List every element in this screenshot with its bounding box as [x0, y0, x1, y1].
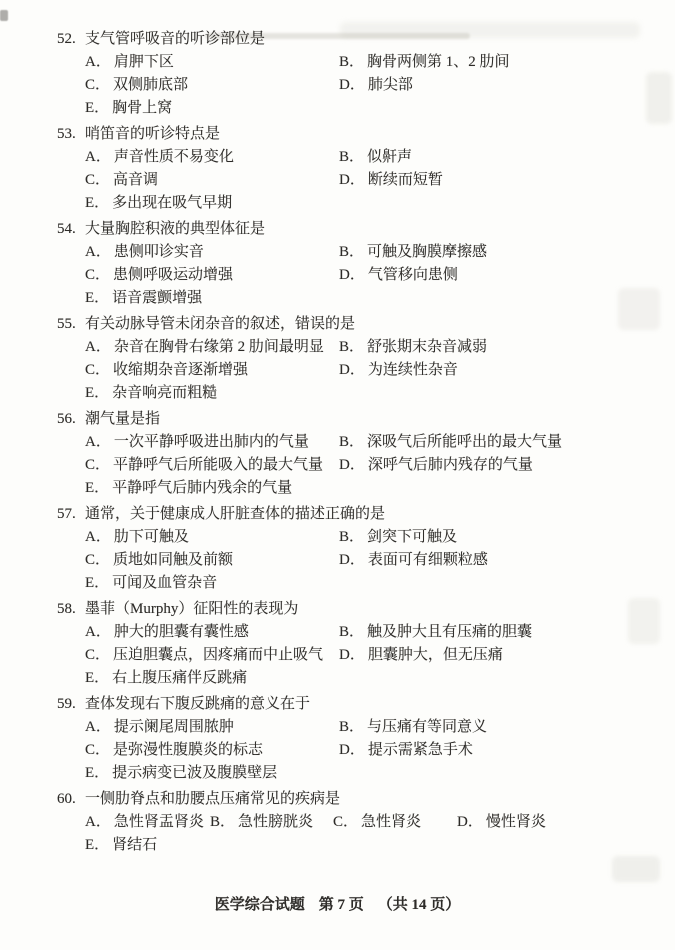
question-stem-line: 55.有关动脉导管未闭杂音的叙述，错误的是 — [57, 313, 661, 336]
question-stem-line: 57.通常，关于健康成人肝脏查体的描述正确的是 — [57, 503, 661, 526]
option-label: B． — [339, 529, 364, 545]
option-label: B． — [339, 339, 364, 355]
options-row: A．一次平静呼吸进出肺内的气量B．深吸气后所能呼出的最大气量 — [57, 431, 661, 454]
option-label: B． — [339, 149, 364, 165]
question-52: 52.支气管呼吸音的听诊部位是A．肩胛下区B．胸骨两侧第 1、2 肋间C．双侧肺… — [57, 28, 661, 120]
options-row: E．右上腹压痛伴反跳痛 — [57, 667, 661, 690]
option-label: D． — [339, 742, 365, 758]
option-label: D． — [339, 77, 365, 93]
option-text: 为连续性杂音 — [368, 362, 458, 378]
option-label: A． — [85, 244, 111, 260]
footer-page-number: 第 7 页 — [319, 897, 364, 913]
options-row: A．肩胛下区B．胸骨两侧第 1、2 肋间 — [57, 51, 661, 74]
option-A: A．肿大的胆囊有囊性感 — [85, 624, 249, 640]
option-C: C．质地如同触及前额 — [85, 552, 233, 568]
option-text: 收缩期杂音逐渐增强 — [113, 362, 248, 378]
question-stem-line: 54.大量胸腔积液的典型体征是 — [57, 218, 661, 241]
question-stem-line: 56.潮气量是指 — [57, 408, 661, 431]
question-list: 52.支气管呼吸音的听诊部位是A．肩胛下区B．胸骨两侧第 1、2 肋间C．双侧肺… — [57, 28, 661, 860]
option-text: 患侧呼吸运动增强 — [113, 267, 233, 283]
question-stem-line: 52.支气管呼吸音的听诊部位是 — [57, 28, 661, 51]
option-label: C． — [85, 457, 110, 473]
question-stem-line: 59.查体发现右下腹反跳痛的意义在于 — [57, 693, 661, 716]
option-text: 提示病变已波及腹膜壁层 — [112, 765, 277, 781]
footer-title: 医学综合试题 — [215, 897, 305, 913]
option-A: A．提示阑尾周围脓肿 — [85, 719, 234, 735]
options-row: E．杂音响亮而粗糙 — [57, 382, 661, 405]
option-label: E． — [85, 670, 109, 686]
option-E: E．提示病变已波及腹膜壁层 — [85, 765, 277, 781]
option-D: D．肺尖部 — [339, 74, 413, 97]
option-label: B． — [339, 719, 364, 735]
option-text: 一次平静呼吸进出肺内的气量 — [114, 434, 309, 450]
question-number: 57. — [57, 503, 85, 526]
option-text: 似鼾声 — [367, 149, 412, 165]
option-B: B．深吸气后所能呼出的最大气量 — [339, 431, 562, 454]
option-label: C． — [85, 552, 110, 568]
option-label: C． — [85, 647, 110, 663]
option-label: B． — [339, 54, 364, 70]
question-number: 59. — [57, 693, 85, 716]
option-B: B．可触及胸膜摩擦感 — [339, 241, 487, 264]
option-text: 急性肾盂肾炎 — [114, 814, 204, 830]
option-E: E．杂音响亮而粗糙 — [85, 385, 217, 401]
option-label: C． — [333, 814, 358, 830]
options-row: A．急性肾盂肾炎B．急性膀胱炎C．急性肾炎D．慢性肾炎 — [57, 811, 661, 834]
option-B: B．与压痛有等同意义 — [339, 716, 487, 739]
option-label: E． — [85, 290, 109, 306]
options-row: C．平静呼气后所能吸入的最大气量D．深呼气后肺内残存的气量 — [57, 454, 661, 477]
question-number: 54. — [57, 218, 85, 241]
option-label: B． — [339, 434, 364, 450]
option-text: 是弥漫性腹膜炎的标志 — [113, 742, 263, 758]
option-label: E． — [85, 575, 109, 591]
option-text: 提示需紧急手术 — [368, 742, 473, 758]
option-label: D． — [339, 172, 365, 188]
options-row: A．肿大的胆囊有囊性感B．触及肿大且有压痛的胆囊 — [57, 621, 661, 644]
option-text: 急性肾炎 — [361, 814, 421, 830]
option-label: B． — [210, 814, 235, 830]
option-D: D．胆囊肿大，但无压痛 — [339, 644, 503, 667]
question-number: 60. — [57, 788, 85, 811]
option-C: C．收缩期杂音逐渐增强 — [85, 362, 248, 378]
options-row: E．多出现在吸气早期 — [57, 192, 661, 215]
option-label: D． — [457, 814, 483, 830]
option-A: A．一次平静呼吸进出肺内的气量 — [85, 434, 309, 450]
option-C: C．高音调 — [85, 172, 158, 188]
option-text: 杂音响亮而粗糙 — [112, 385, 217, 401]
option-text: 肩胛下区 — [114, 54, 174, 70]
option-label: E． — [85, 195, 109, 211]
option-text: 表面可有细颗粒感 — [368, 552, 488, 568]
option-text: 可触及胸膜摩擦感 — [367, 244, 487, 260]
option-label: D． — [339, 267, 365, 283]
option-D: D．气管移向患侧 — [339, 264, 458, 287]
option-B: B．胸骨两侧第 1、2 肋间 — [339, 51, 510, 74]
option-text: 气管移向患侧 — [368, 267, 458, 283]
question-60: 60.一侧肋脊点和肋腰点压痛常见的疾病是A．急性肾盂肾炎B．急性膀胱炎C．急性肾… — [57, 788, 661, 857]
option-text: 胸骨两侧第 1、2 肋间 — [367, 54, 510, 70]
question-stem-line: 60.一侧肋脊点和肋腰点压痛常见的疾病是 — [57, 788, 661, 811]
option-label: C． — [85, 362, 110, 378]
question-54: 54.大量胸腔积液的典型体征是A．患侧叩诊实音B．可触及胸膜摩擦感C．患侧呼吸运… — [57, 218, 661, 310]
option-text: 杂音在胸骨右缘第 2 肋间最明显 — [114, 339, 324, 355]
option-text: 双侧肺底部 — [113, 77, 188, 93]
question-number: 56. — [57, 408, 85, 431]
question-number: 58. — [57, 598, 85, 621]
option-label: E． — [85, 385, 109, 401]
question-number: 53. — [57, 123, 85, 146]
option-C: C．压迫胆囊点，因疼痛而中止吸气 — [85, 647, 323, 663]
option-label: A． — [85, 149, 111, 165]
option-text: 多出现在吸气早期 — [112, 195, 232, 211]
question-stem: 哨笛音的听诊特点是 — [85, 126, 220, 142]
question-stem-line: 58.墨菲（Murphy）征阳性的表现为 — [57, 598, 661, 621]
option-text: 触及肿大且有压痛的胆囊 — [367, 624, 532, 640]
options-row: A．患侧叩诊实音B．可触及胸膜摩擦感 — [57, 241, 661, 264]
option-text: 平静呼气后肺内残余的气量 — [112, 480, 292, 496]
option-text: 压迫胆囊点，因疼痛而中止吸气 — [113, 647, 323, 663]
question-number: 55. — [57, 313, 85, 336]
option-label: A． — [85, 434, 111, 450]
options-row: C．是弥漫性腹膜炎的标志D．提示需紧急手术 — [57, 739, 661, 762]
options-row: E．肾结石 — [57, 834, 661, 857]
option-text: 肋下可触及 — [114, 529, 189, 545]
options-row: E．语音震颤增强 — [57, 287, 661, 310]
option-A: A．杂音在胸骨右缘第 2 肋间最明显 — [85, 339, 324, 355]
question-number: 52. — [57, 28, 85, 51]
question-53: 53.哨笛音的听诊特点是A．声音性质不易变化B．似鼾声C．高音调D．断续而短暂E… — [57, 123, 661, 215]
question-stem: 支气管呼吸音的听诊部位是 — [85, 31, 265, 47]
option-text: 肾结石 — [112, 837, 157, 853]
option-B: B．急性膀胱炎 — [210, 811, 313, 834]
option-text: 与压痛有等同意义 — [367, 719, 487, 735]
options-row: C．双侧肺底部D．肺尖部 — [57, 74, 661, 97]
option-text: 舒张期末杂音减弱 — [367, 339, 487, 355]
question-58: 58.墨菲（Murphy）征阳性的表现为A．肿大的胆囊有囊性感B．触及肿大且有压… — [57, 598, 661, 690]
option-text: 胸骨上窝 — [112, 100, 172, 116]
question-stem: 大量胸腔积液的典型体征是 — [85, 221, 265, 237]
option-text: 急性膀胱炎 — [238, 814, 313, 830]
options-row: E．可闻及血管杂音 — [57, 572, 661, 595]
option-text: 平静呼气后所能吸入的最大气量 — [113, 457, 323, 473]
footer-page-total: （共 14 页） — [378, 897, 461, 913]
option-E: E．右上腹压痛伴反跳痛 — [85, 670, 247, 686]
option-D: D．深呼气后肺内残存的气量 — [339, 454, 533, 477]
option-E: E．胸骨上窝 — [85, 100, 172, 116]
options-row: C．收缩期杂音逐渐增强D．为连续性杂音 — [57, 359, 661, 382]
option-text: 肿大的胆囊有囊性感 — [114, 624, 249, 640]
option-E: E．肾结石 — [85, 837, 157, 853]
option-label: D． — [339, 647, 365, 663]
option-text: 右上腹压痛伴反跳痛 — [112, 670, 247, 686]
option-text: 深吸气后所能呼出的最大气量 — [367, 434, 562, 450]
option-label: A． — [85, 339, 111, 355]
option-A: A．肋下可触及 — [85, 529, 189, 545]
option-text: 肺尖部 — [368, 77, 413, 93]
option-text: 高音调 — [113, 172, 158, 188]
question-59: 59.查体发现右下腹反跳痛的意义在于A．提示阑尾周围脓肿B．与压痛有等同意义C．… — [57, 693, 661, 785]
options-row: A．提示阑尾周围脓肿B．与压痛有等同意义 — [57, 716, 661, 739]
option-E: E．平静呼气后肺内残余的气量 — [85, 480, 292, 496]
option-label: A． — [85, 54, 111, 70]
option-label: D． — [339, 552, 365, 568]
option-C: C．急性肾炎 — [333, 811, 421, 834]
option-label: E． — [85, 837, 109, 853]
option-label: B． — [339, 244, 364, 260]
option-text: 胆囊肿大，但无压痛 — [368, 647, 503, 663]
option-E: E．多出现在吸气早期 — [85, 195, 232, 211]
option-E: E．语音震颤增强 — [85, 290, 202, 306]
option-label: C． — [85, 742, 110, 758]
option-text: 可闻及血管杂音 — [112, 575, 217, 591]
option-B: B．剑突下可触及 — [339, 526, 457, 549]
option-label: A． — [85, 529, 111, 545]
question-stem: 有关动脉导管未闭杂音的叙述，错误的是 — [85, 316, 355, 332]
option-D: D．表面可有细颗粒感 — [339, 549, 488, 572]
options-row: E．胸骨上窝 — [57, 97, 661, 120]
option-B: B．触及肿大且有压痛的胆囊 — [339, 621, 532, 644]
option-D: D．断续而短暂 — [339, 169, 443, 192]
question-stem: 通常，关于健康成人肝脏查体的描述正确的是 — [85, 506, 385, 522]
question-stem-line: 53.哨笛音的听诊特点是 — [57, 123, 661, 146]
option-E: E．可闻及血管杂音 — [85, 575, 217, 591]
option-D: D．提示需紧急手术 — [339, 739, 473, 762]
question-stem: 查体发现右下腹反跳痛的意义在于 — [85, 696, 310, 712]
question-55: 55.有关动脉导管未闭杂音的叙述，错误的是A．杂音在胸骨右缘第 2 肋间最明显B… — [57, 313, 661, 405]
exam-page: 52.支气管呼吸音的听诊部位是A．肩胛下区B．胸骨两侧第 1、2 肋间C．双侧肺… — [0, 0, 675, 950]
option-D: D．慢性肾炎 — [457, 811, 546, 834]
scan-smudge — [0, 10, 8, 21]
option-A: A．声音性质不易变化 — [85, 149, 234, 165]
option-label: C． — [85, 172, 110, 188]
options-row: A．声音性质不易变化B．似鼾声 — [57, 146, 661, 169]
option-text: 声音性质不易变化 — [114, 149, 234, 165]
option-label: A． — [85, 814, 111, 830]
options-row: A．杂音在胸骨右缘第 2 肋间最明显B．舒张期末杂音减弱 — [57, 336, 661, 359]
option-text: 提示阑尾周围脓肿 — [114, 719, 234, 735]
option-label: E． — [85, 480, 109, 496]
option-text: 深呼气后肺内残存的气量 — [368, 457, 533, 473]
option-text: 语音震颤增强 — [112, 290, 202, 306]
option-text: 慢性肾炎 — [486, 814, 546, 830]
option-text: 断续而短暂 — [368, 172, 443, 188]
option-C: C．平静呼气后所能吸入的最大气量 — [85, 457, 323, 473]
option-B: B．似鼾声 — [339, 146, 412, 169]
options-row: C．质地如同触及前额D．表面可有细颗粒感 — [57, 549, 661, 572]
option-text: 剑突下可触及 — [367, 529, 457, 545]
option-A: A．患侧叩诊实音 — [85, 244, 204, 260]
option-label: D． — [339, 362, 365, 378]
options-row: E．平静呼气后肺内残余的气量 — [57, 477, 661, 500]
option-label: B． — [339, 624, 364, 640]
option-C: C．是弥漫性腹膜炎的标志 — [85, 742, 263, 758]
question-stem: 潮气量是指 — [85, 411, 160, 427]
options-row: C．高音调D．断续而短暂 — [57, 169, 661, 192]
option-label: A． — [85, 719, 111, 735]
options-row: C．压迫胆囊点，因疼痛而中止吸气D．胆囊肿大，但无压痛 — [57, 644, 661, 667]
page-footer: 医学综合试题第 7 页（共 14 页） — [0, 893, 675, 914]
options-row: C．患侧呼吸运动增强D．气管移向患侧 — [57, 264, 661, 287]
option-C: C．双侧肺底部 — [85, 77, 188, 93]
options-row: E．提示病变已波及腹膜壁层 — [57, 762, 661, 785]
question-56: 56.潮气量是指A．一次平静呼吸进出肺内的气量B．深吸气后所能呼出的最大气量C．… — [57, 408, 661, 500]
option-C: C．患侧呼吸运动增强 — [85, 267, 233, 283]
option-label: D． — [339, 457, 365, 473]
option-text: 质地如同触及前额 — [113, 552, 233, 568]
question-57: 57.通常，关于健康成人肝脏查体的描述正确的是A．肋下可触及B．剑突下可触及C．… — [57, 503, 661, 595]
question-stem: 墨菲（Murphy）征阳性的表现为 — [85, 601, 298, 617]
options-row: A．肋下可触及B．剑突下可触及 — [57, 526, 661, 549]
option-B: B．舒张期末杂音减弱 — [339, 336, 487, 359]
option-A: A．肩胛下区 — [85, 54, 174, 70]
question-stem: 一侧肋脊点和肋腰点压痛常见的疾病是 — [85, 791, 340, 807]
option-A: A．急性肾盂肾炎 — [85, 814, 204, 830]
option-D: D．为连续性杂音 — [339, 359, 458, 382]
option-label: E． — [85, 765, 109, 781]
option-label: E． — [85, 100, 109, 116]
option-label: A． — [85, 624, 111, 640]
option-label: C． — [85, 267, 110, 283]
option-text: 患侧叩诊实音 — [114, 244, 204, 260]
option-label: C． — [85, 77, 110, 93]
